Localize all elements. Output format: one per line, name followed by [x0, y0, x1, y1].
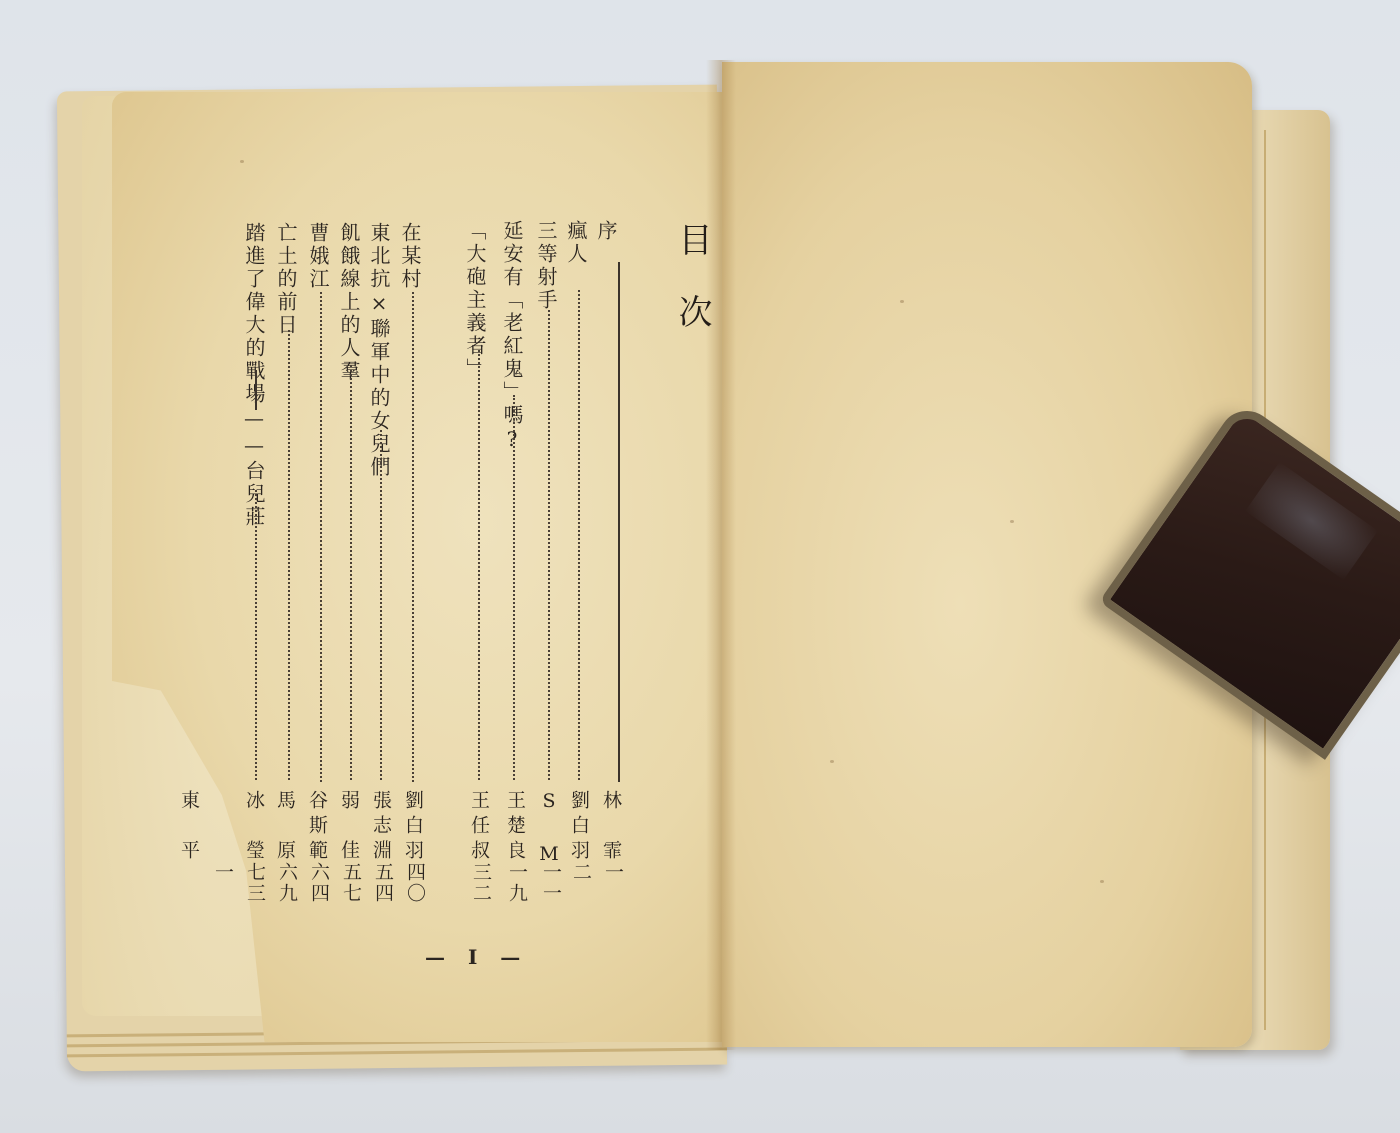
book-photo: 目次 序 瘋人 三等射手 延安有「老紅鬼」嗎? 「大砲主義者」 在某村 東北抗×… [0, 0, 1400, 1133]
dot-leader [578, 290, 580, 780]
toc-entry-author: 林 霏 [598, 790, 625, 865]
toc-entry-page: 五七 [338, 862, 365, 904]
toc-entry-page: 七三 [242, 862, 269, 904]
dot-leader [618, 262, 620, 782]
toc-entry-page: 二 [568, 862, 595, 883]
dot-leader [320, 292, 322, 782]
toc-entry-page: 一九 [504, 862, 531, 904]
toc-entry-title: 「大砲主義者」 [465, 220, 485, 381]
toc-entry-author: S M [536, 790, 563, 871]
toc-entry-page: 六四 [306, 862, 333, 904]
toc-entry-title: 在某村 [400, 222, 420, 291]
toc-entry-author: 王楚良 [502, 790, 529, 865]
dot-leader [255, 490, 257, 780]
toc-entry-title: 東北抗×聯軍中的女兒們 [369, 222, 389, 479]
dot-leader [513, 395, 515, 780]
toc-entry-title: 曹娥江 [308, 222, 328, 291]
toc-entry-author: 東 平 [176, 790, 203, 865]
toc-entry-page: 四〇 [402, 862, 429, 904]
toc-entry-title: 飢餓線上的人羣 [339, 222, 359, 383]
toc-entry-page: 六九 [274, 862, 301, 904]
toc-entry-author: 谷斯範 [304, 790, 331, 865]
toc-entry-author: 馬 原 [272, 790, 299, 865]
toc-entry-title: 亡土的前日 [276, 222, 296, 337]
toc-entry-title: 踏進了偉大的戰場——台兒莊 [244, 222, 264, 529]
toc-entry-author: 冰 瑩 [241, 790, 268, 865]
book-gutter [706, 60, 736, 1050]
dot-leader [350, 365, 352, 780]
toc-entry-page: 一 [600, 862, 627, 883]
dot-leader [478, 350, 480, 780]
toc-entry-author: 劉白羽 [400, 790, 427, 865]
dot-leader [548, 310, 550, 780]
toc-entry-title: 瘋人 [566, 220, 586, 266]
dot-leader [380, 430, 382, 780]
dash-leader [255, 370, 257, 410]
toc-entry-page: 五四 [370, 862, 397, 904]
toc-entry-author: 劉白羽 [566, 790, 593, 865]
toc-entry-title: 三等射手 [536, 220, 556, 312]
dot-leader [412, 292, 414, 782]
toc-entry-page: 一一 [538, 862, 565, 904]
page-folio: — I — [425, 945, 528, 969]
toc-entry-page: 三二 [468, 862, 495, 904]
toc-entry-page: 一 [210, 862, 237, 883]
toc-entry-author: 王任叔 [466, 790, 493, 865]
toc-entry-author: 弱 佳 [336, 790, 363, 865]
toc-entry-author: 張志淵 [368, 790, 395, 865]
dot-leader [288, 330, 290, 780]
toc-entry-title: 序 [596, 220, 616, 243]
toc-heading: 目次 [668, 222, 717, 366]
toc-entry-title: 延安有「老紅鬼」嗎? [502, 220, 522, 454]
